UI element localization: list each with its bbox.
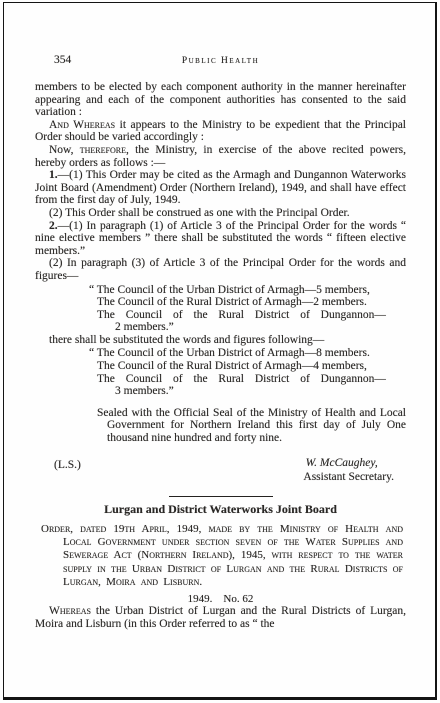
quote-old-line-4: 2 members.” bbox=[115, 321, 406, 334]
signature-title: Assistant Secretary. bbox=[303, 471, 394, 484]
now-lead: Now, bbox=[49, 144, 80, 156]
signature-row: (L.S.) W. McCaughey, Assistant Secretary… bbox=[35, 457, 406, 485]
running-head: 354 Public Health bbox=[35, 54, 406, 66]
quote-old-line-3: The Council of the Rural District of Dun… bbox=[97, 309, 406, 322]
sealing-clause: Sealed with the Official Seal of the Min… bbox=[107, 407, 406, 445]
paragraph-now-therefore: Now, therefore, the Ministry, in exercis… bbox=[35, 144, 406, 169]
and-whereas-lead: And Whereas bbox=[49, 119, 115, 131]
lurgan-order-caption: Order, dated 19th April, 1949, made by t… bbox=[63, 523, 403, 590]
section-divider-rule bbox=[169, 496, 273, 497]
article-1-text: —(1) This Order may be cited as the Arma… bbox=[35, 169, 406, 206]
article-2-text: —(1) In paragraph (1) of Article 3 of th… bbox=[35, 220, 406, 257]
quote-old-line-1: “ The Council of the Urban District of A… bbox=[89, 284, 406, 297]
paragraph-article-1: 1.—(1) This Order may be cited as the Ar… bbox=[35, 169, 406, 207]
quote-new-line-1: “ The Council of the Urban District of A… bbox=[89, 347, 406, 360]
lurgan-section-heading: Lurgan and District Waterworks Joint Boa… bbox=[35, 503, 406, 516]
quoted-membership-old: “ The Council of the Urban District of A… bbox=[35, 284, 406, 334]
lurgan-order-reference: 1949. No. 62 bbox=[35, 593, 406, 606]
paragraph-lurgan-whereas: Whereas the Urban District of Lurgan and… bbox=[35, 605, 406, 630]
seal-mark: (L.S.) bbox=[54, 459, 81, 472]
running-title: Public Health bbox=[35, 55, 406, 68]
signature-block: W. McCaughey, Assistant Secretary. bbox=[303, 457, 394, 484]
substitution-line: there shall be substituted the words and… bbox=[35, 334, 406, 347]
article-2-number: 2. bbox=[49, 220, 58, 232]
lurgan-whereas-lead: Whereas bbox=[49, 605, 91, 617]
quote-new-line-4: 3 members.” bbox=[115, 385, 406, 398]
quote-old-line-2: The Council of the Rural District of Arm… bbox=[97, 296, 406, 309]
quoted-membership-new: “ The Council of the Urban District of A… bbox=[35, 347, 406, 397]
page-content: 354 Public Health members to be elected … bbox=[35, 54, 406, 630]
article-1-number: 1. bbox=[49, 169, 58, 181]
lurgan-whereas-rest: the Urban District of Lurgan and the Rur… bbox=[35, 605, 406, 630]
quote-new-line-2: The Council of the Rural District of Arm… bbox=[97, 360, 406, 373]
paragraph-article-1-2: (2) This Order shall be construed as one… bbox=[35, 207, 406, 220]
therefore-smallcaps: therefore bbox=[80, 144, 126, 156]
paragraph-and-whereas: And Whereas it appears to the Ministry t… bbox=[35, 119, 406, 144]
signature-name: W. McCaughey, bbox=[303, 457, 394, 470]
scanned-document-page: 354 Public Health members to be elected … bbox=[0, 0, 440, 703]
paragraph-continuation: members to be elected by each component … bbox=[35, 81, 406, 119]
quote-new-line-3: The Council of the Rural District of Dun… bbox=[97, 373, 406, 386]
paragraph-article-2: 2.—(1) In paragraph (1) of Article 3 of … bbox=[35, 220, 406, 258]
paragraph-article-2-2: (2) In paragraph (3) of Article 3 of the… bbox=[35, 257, 406, 282]
